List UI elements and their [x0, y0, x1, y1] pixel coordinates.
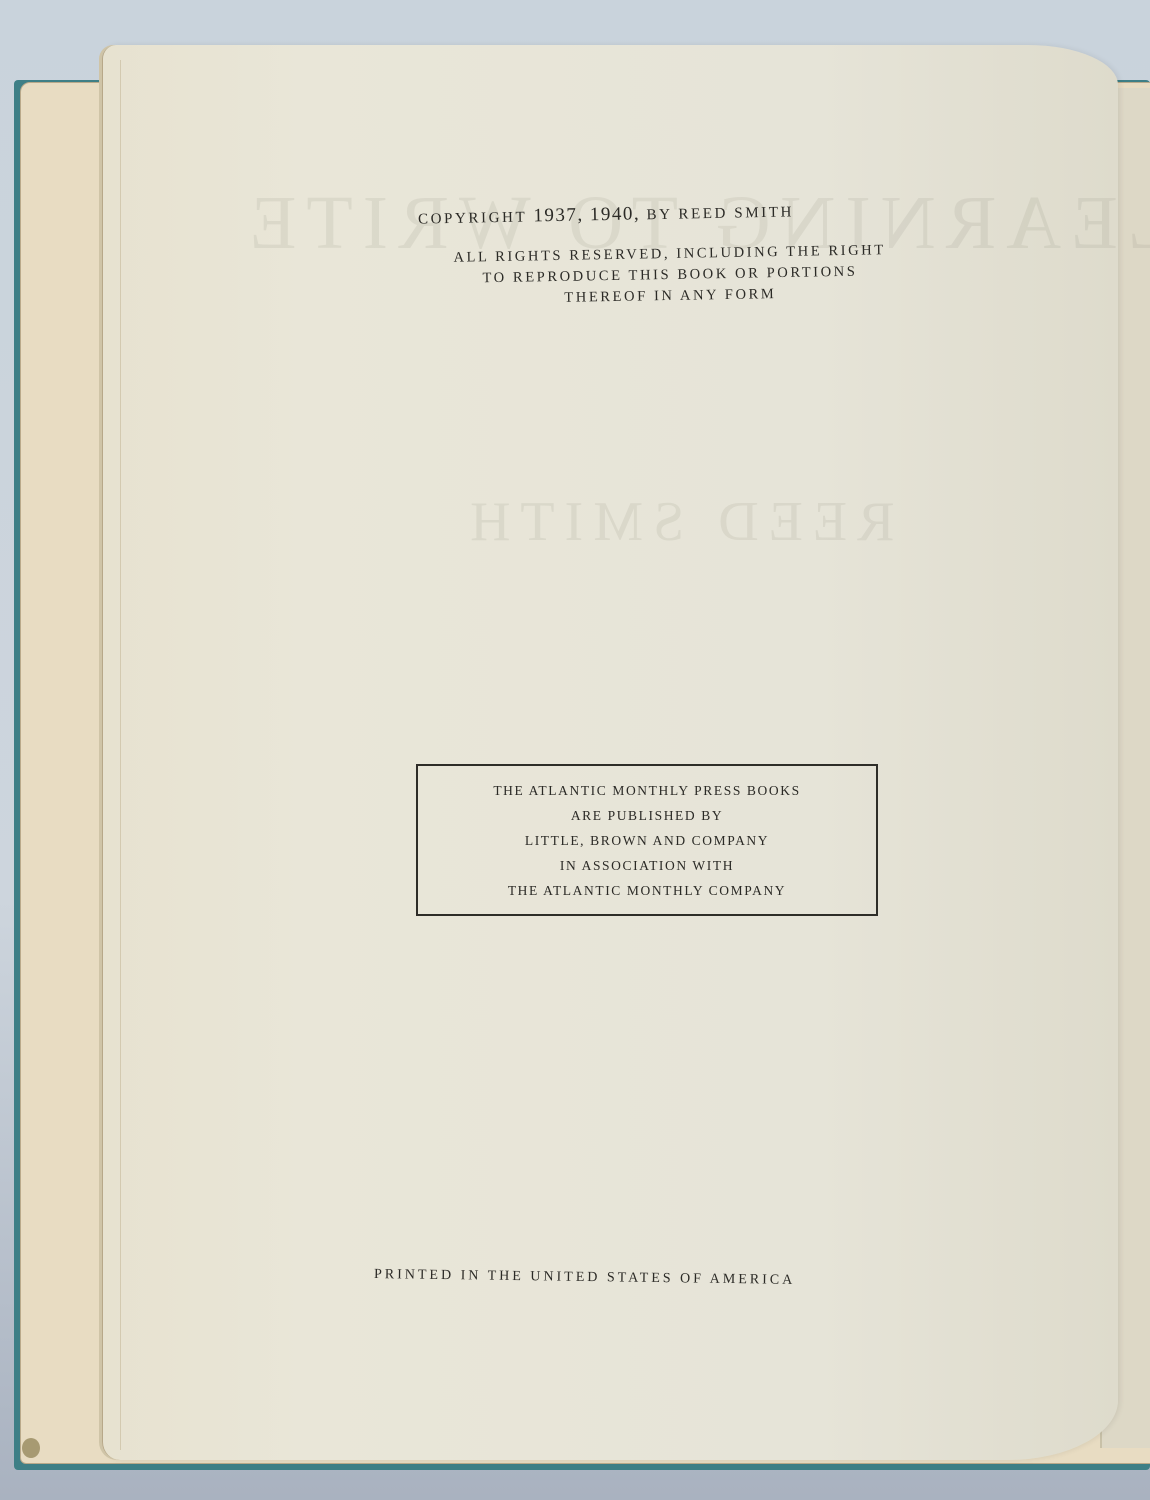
publisher-box: The Atlantic Monthly Press Books are pub… — [416, 764, 878, 916]
publisher-line: are published by — [571, 803, 723, 828]
copyright-prefix: Copyright — [418, 210, 527, 228]
publisher-line: The Atlantic Monthly Press Books — [493, 778, 800, 803]
copyright-year-1: 1937, — [533, 204, 584, 226]
publisher-line: Little, Brown and Company — [525, 828, 769, 853]
page-fold-line — [120, 60, 127, 1450]
publisher-line: in association with — [560, 853, 734, 878]
frayed-thread — [22, 1438, 40, 1458]
publisher-line: The Atlantic Monthly Company — [508, 878, 786, 903]
rights-notice: All rights reserved, including the right… — [379, 239, 960, 312]
copyright-year-2: 1940, — [590, 203, 641, 225]
copyright-suffix: by Reed Smith — [646, 204, 794, 223]
